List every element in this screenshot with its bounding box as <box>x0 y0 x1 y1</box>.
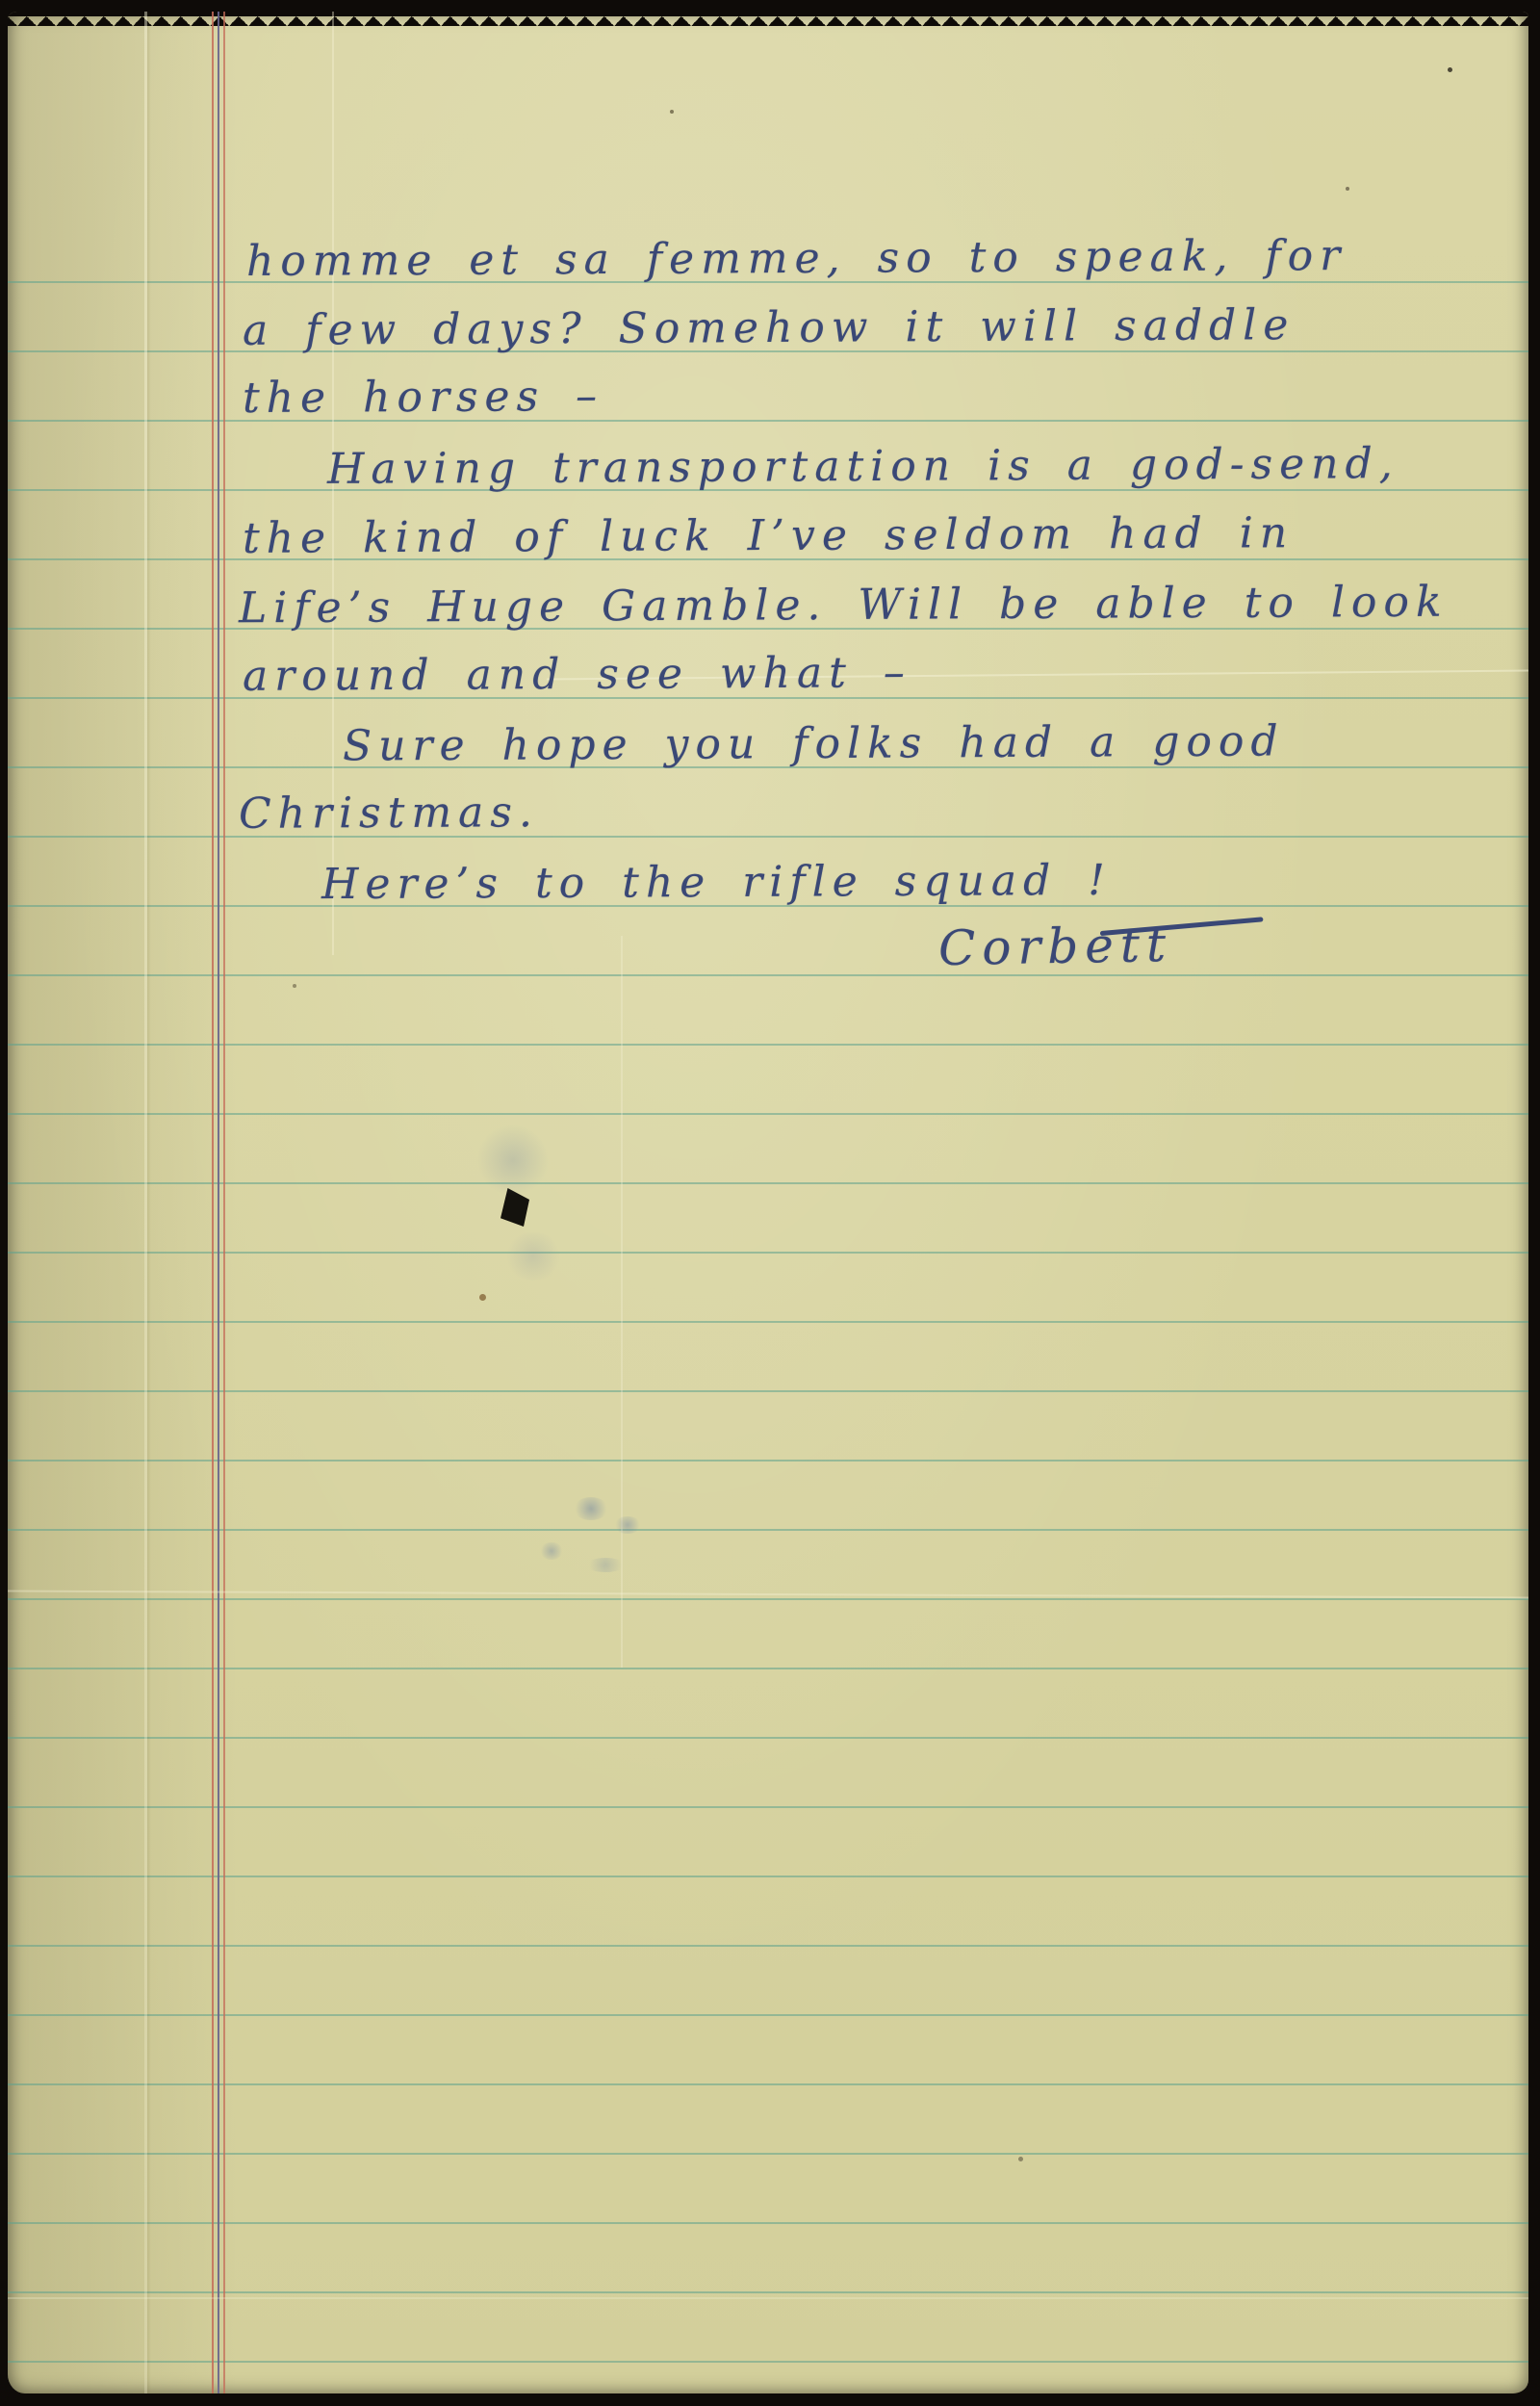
handwriting-line: Life’s Huge Gamble. Will be able to look <box>239 582 1449 631</box>
paper-speck <box>1018 2157 1023 2161</box>
margin-line-red-left <box>212 12 214 2393</box>
paper-speck <box>293 984 296 988</box>
handwriting-line: a few days? Somehow it will saddle <box>243 304 1296 352</box>
handwriting-line: around and see what – <box>243 652 911 698</box>
paper-speck <box>479 1294 486 1301</box>
paper-speck <box>1448 67 1452 72</box>
handwriting-line: Having transportation is a god-send, <box>327 443 1399 491</box>
handwriting-line: Christmas. <box>239 791 539 836</box>
handwriting-line: Sure hope you folks had a good <box>343 720 1285 767</box>
handwriting-line: the kind of luck I’ve seldom had in <box>243 512 1294 560</box>
signature: Corbett <box>938 920 1173 972</box>
handwriting-line: homme et sa femme, so to speak, for <box>246 235 1347 283</box>
letter-page: homme et sa femme, so to speak, for a fe… <box>8 12 1528 2393</box>
margin-line-red-right <box>223 12 225 2393</box>
paper-speck <box>1346 187 1349 191</box>
margin-line-blue <box>218 12 219 2393</box>
handwriting-line: Here’s to the rifle squad ! <box>321 860 1112 906</box>
scanned-letter: homme et sa femme, so to speak, for a fe… <box>0 0 1540 2406</box>
perforation-teeth <box>8 16 1528 26</box>
handwriting-line: the horses – <box>243 375 603 420</box>
paper-speck <box>670 110 674 114</box>
